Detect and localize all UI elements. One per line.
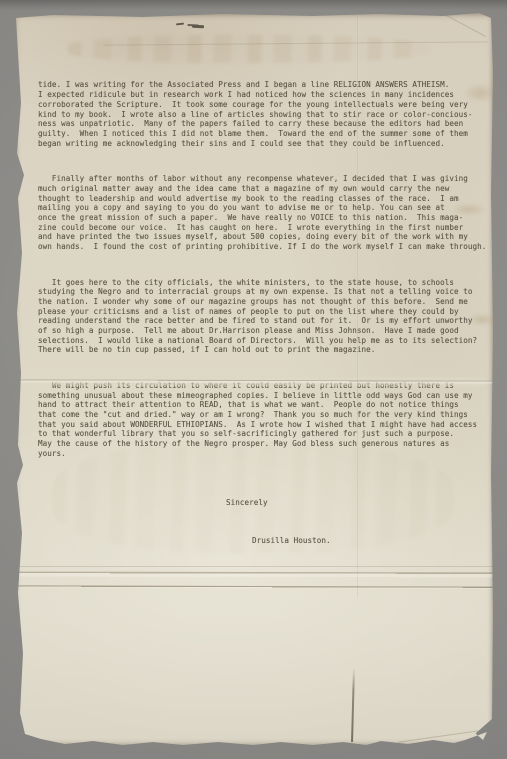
- letter-page: tide. I was writing for the Associated P…: [13, 13, 493, 746]
- paper-stain: [463, 83, 497, 103]
- letter-paragraph: Finally after months of labor without an…: [38, 174, 490, 252]
- fold-line: [13, 585, 493, 588]
- fold-line: [13, 572, 493, 587]
- letter-paragraph: It goes here to the city officials, the …: [38, 278, 490, 356]
- letter-body: tide. I was writing for the Associated P…: [38, 61, 490, 565]
- corner-crease: [398, 728, 492, 742]
- fold-line: [13, 566, 493, 567]
- edge-curl-shadow: [13, 135, 19, 181]
- faded-fold-band: [21, 377, 485, 386]
- pencil-mark: [192, 25, 204, 28]
- letter-paragraph: We might push its circulation to where i…: [38, 381, 490, 459]
- tear-mark: [351, 668, 355, 742]
- paper-stain: [451, 203, 487, 216]
- edge-curl-shadow: [13, 443, 19, 477]
- letter-paragraph: tide. I was writing for the Associated P…: [38, 80, 490, 148]
- pencil-mark: [176, 23, 184, 26]
- letter-closing: Sincerely: [226, 498, 490, 508]
- scan-background: tide. I was writing for the Associated P…: [0, 0, 507, 759]
- letter-signature: Drusilla Houston.: [252, 536, 490, 546]
- paper-stain: [468, 313, 496, 326]
- corner-crease: [437, 10, 486, 37]
- bleed-through-texture: [68, 35, 428, 63]
